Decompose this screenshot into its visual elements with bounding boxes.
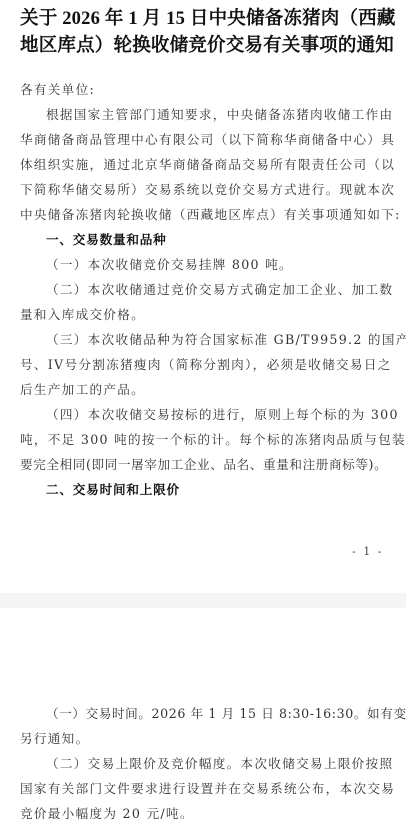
list-item-line: 国家有关部门文件要求进行设置并在交易系统公布，本次交易 (20, 781, 390, 797)
list-item-line: 号、IV号分割冻猪瘦肉（简称分割肉），必须是收储交易日之 (20, 357, 390, 373)
page-break (0, 593, 406, 608)
section-heading: 二、交易时间和上限价 (46, 482, 406, 498)
body-line: 根据国家主管部门通知要求，中央储备冻猪肉收储工作由 (46, 107, 406, 123)
body-line: 华商储备商品管理中心有限公司（以下简称华商储备中心）具 (20, 132, 390, 148)
body-line: 中央储备冻猪肉轮换收储（西藏地区库点）有关事项通知如下: (20, 207, 390, 223)
list-item-line: （二）交易上限价及竞价幅度。本次收储交易上限价按照 (46, 756, 406, 772)
title-line: 关于 2026 年 1 月 15 日中央储备冻猪肉（西藏 (20, 6, 392, 33)
list-item-line: （三）本次收储品种为符合国家标准 GB/T9959.2 的国产II (46, 332, 406, 348)
list-item-line: （四）本次收储交易按标的进行，原则上每个标的为 300 (46, 407, 406, 423)
document-page-2: （一）交易时间。2026 年 1 月 15 日 8:30-16:30。如有变化，… (0, 608, 406, 819)
list-item-line: （一）本次收储竞价交易挂牌 800 吨。 (46, 257, 406, 273)
list-item-line: 量和入库成交价格。 (20, 307, 390, 323)
page-number: - 1 - (352, 545, 383, 558)
list-item-line: （一）交易时间。2026 年 1 月 15 日 8:30-16:30。如有变化， (46, 706, 406, 722)
section-heading: 一、交易数量和品种 (46, 232, 406, 248)
salutation: 各有关单位: (20, 82, 390, 98)
body-line: 体组织实施，通过北京华商储备商品交易所有限责任公司（以 (20, 157, 390, 173)
document-page-1: 关于 2026 年 1 月 15 日中央储备冻猪肉（西藏 地区库点）轮换收储竞价… (0, 0, 406, 593)
list-item-line: 要完全相同(即同一屠宰加工企业、品名、重量和注册商标等)。 (20, 457, 390, 473)
document-title: 关于 2026 年 1 月 15 日中央储备冻猪肉（西藏 地区库点）轮换收储竞价… (20, 6, 392, 60)
list-item-line: 吨，不足 300 吨的按一个标的计。每个标的冻猪肉品质与包装 (20, 432, 390, 448)
list-item-line: 另行通知。 (20, 731, 390, 747)
list-item-line: 后生产加工的产品。 (20, 382, 390, 398)
title-line: 地区库点）轮换收储竞价交易有关事项的通知 (20, 33, 392, 60)
list-item-line: （二）本次收储通过竞价交易方式确定加工企业、加工数 (46, 282, 406, 298)
list-item-line: 竞价最小幅度为 20 元/吨。 (20, 806, 390, 819)
body-line: 下简称华储交易所）交易系统以竞价交易方式进行。现就本次 (20, 182, 390, 198)
